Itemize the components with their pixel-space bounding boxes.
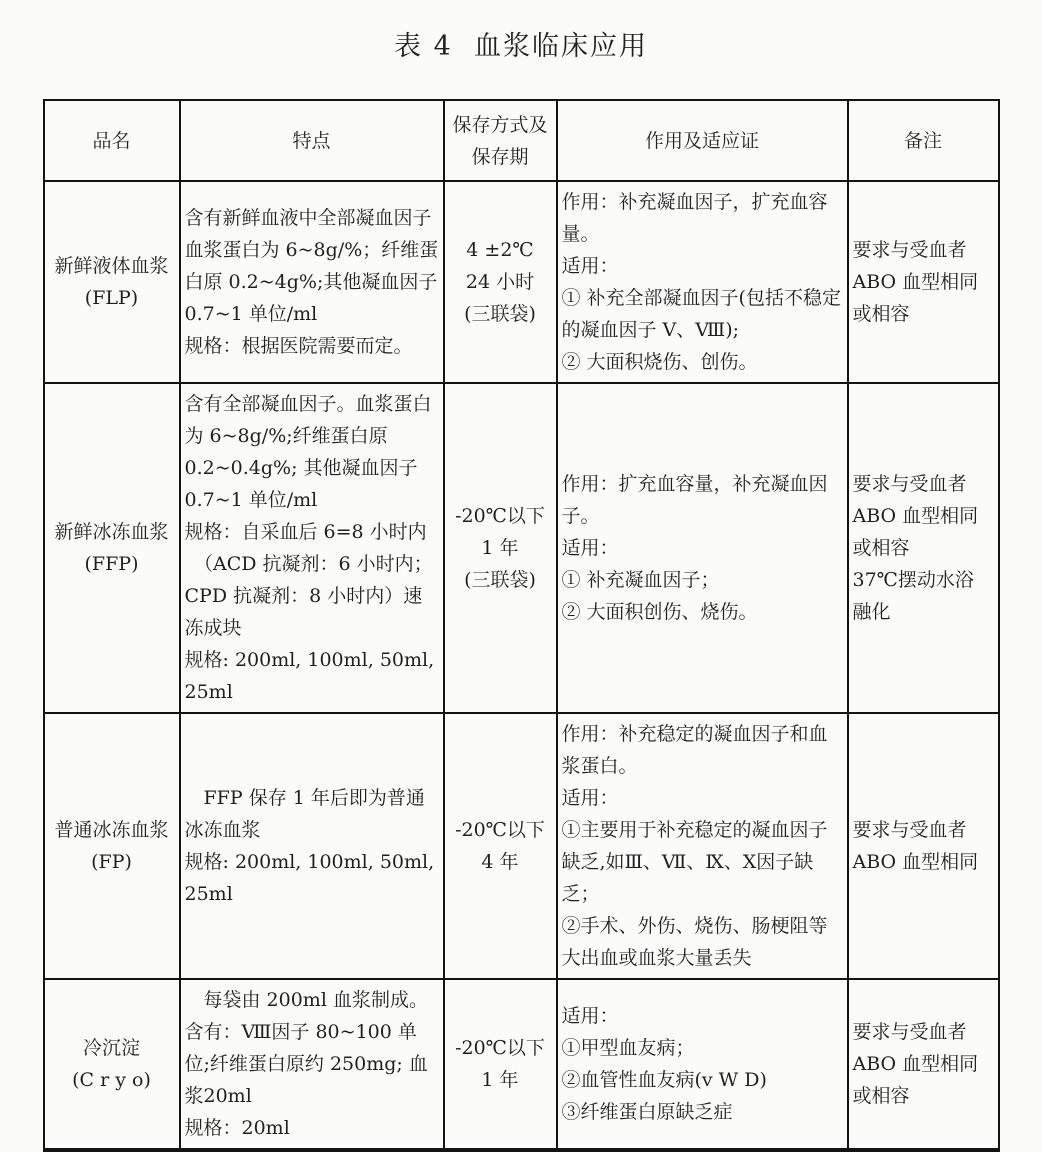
cryo-storage-cell: -20℃以下 1 年	[444, 979, 557, 1150]
ffp-notes-cell: 要求与受血者 ABO 血型相同 或相容 37℃摆动水浴 融化	[848, 383, 999, 713]
cryo-notes-cell: 要求与受血者 ABO 血型相同 或相容	[848, 979, 999, 1150]
fp-indications-cell: 作用：补充稳定的凝血因子和血浆蛋白。 适用： ①主要用于补充稳定的凝血因子缺乏,…	[557, 713, 848, 979]
table-row-cryo: 冷沉淀 (C r y o) 每袋由 200ml 血浆制成。含有：Ⅷ因子 80~1…	[44, 979, 999, 1150]
flp-features-cell: 含有新鲜血液中全部凝血因子 血浆蛋白为 6~8g/%；纤维蛋白原 0.2~4g%…	[180, 181, 444, 383]
col-header-product-name: 品名	[44, 100, 180, 181]
flp-storage-cell: 4 ±2℃ 24 小时 (三联袋)	[444, 181, 557, 383]
fp-name-cell: 普通冰冻血浆 (FP)	[44, 713, 180, 979]
flp-name-cell: 新鲜液体血浆 (FLP)	[44, 181, 180, 383]
ffp-name-cell: 新鲜冰冻血浆 (FFP)	[44, 383, 180, 713]
col-header-remarks: 备注	[848, 100, 999, 181]
ffp-storage-cell: -20℃以下 1 年 (三联袋)	[444, 383, 557, 713]
cryo-indications-cell: 适用： ①甲型血友病； ②血管性血友病(v W D) ③纤维蛋白原缺乏症	[557, 979, 848, 1150]
flp-notes-cell: 要求与受血者 ABO 血型相同 或相容	[848, 181, 999, 383]
header-row: 品名 特点 保存方式及 保存期 作用及适应证 备注	[44, 100, 999, 181]
table-row-ffp: 新鲜冰冻血浆 (FFP) 含有全部凝血因子。血浆蛋白为 6~8g/%;纤维蛋白原…	[44, 383, 999, 713]
flp-indications-cell: 作用：补充凝血因子，扩充血容量。 适用： ① 补充全部凝血因子(包括不稳定的凝血…	[557, 181, 848, 383]
table-row-flp: 新鲜液体血浆 (FLP) 含有新鲜血液中全部凝血因子 血浆蛋白为 6~8g/%；…	[44, 181, 999, 383]
table-title: 表 4 血浆临床应用	[0, 24, 1042, 63]
cryo-name-cell: 冷沉淀 (C r y o)	[44, 979, 180, 1150]
document-page: 表 4 血浆临床应用 品名 特点 保存方式及 保存期 作用及适应证 备注 新鲜液…	[0, 0, 1042, 1152]
table-row-fp: 普通冰冻血浆 (FP) FFP 保存 1 年后即为普通 冰冻血浆 规格: 200…	[44, 713, 999, 979]
fp-notes-cell: 要求与受血者 ABO 血型相同	[848, 713, 999, 979]
ffp-features-cell: 含有全部凝血因子。血浆蛋白为 6~8g/%;纤维蛋白原0.2~0.4g%; 其他…	[180, 383, 444, 713]
ffp-indications-cell: 作用：扩充血容量，补充凝血因子。 适用： ① 补充凝血因子； ② 大面积创伤、烧…	[557, 383, 848, 713]
fp-storage-cell: -20℃以下 4 年	[444, 713, 557, 979]
col-header-indications: 作用及适应证	[557, 100, 848, 181]
cryo-features-cell: 每袋由 200ml 血浆制成。含有：Ⅷ因子 80~100 单位;纤维蛋白原约 2…	[180, 979, 444, 1150]
plasma-clinical-application-table: 品名 特点 保存方式及 保存期 作用及适应证 备注 新鲜液体血浆 (FLP) 含…	[43, 99, 1000, 1152]
col-header-storage: 保存方式及 保存期	[444, 100, 557, 181]
col-header-features: 特点	[180, 100, 444, 181]
fp-features-cell: FFP 保存 1 年后即为普通 冰冻血浆 规格: 200ml, 100ml, 5…	[180, 713, 444, 979]
